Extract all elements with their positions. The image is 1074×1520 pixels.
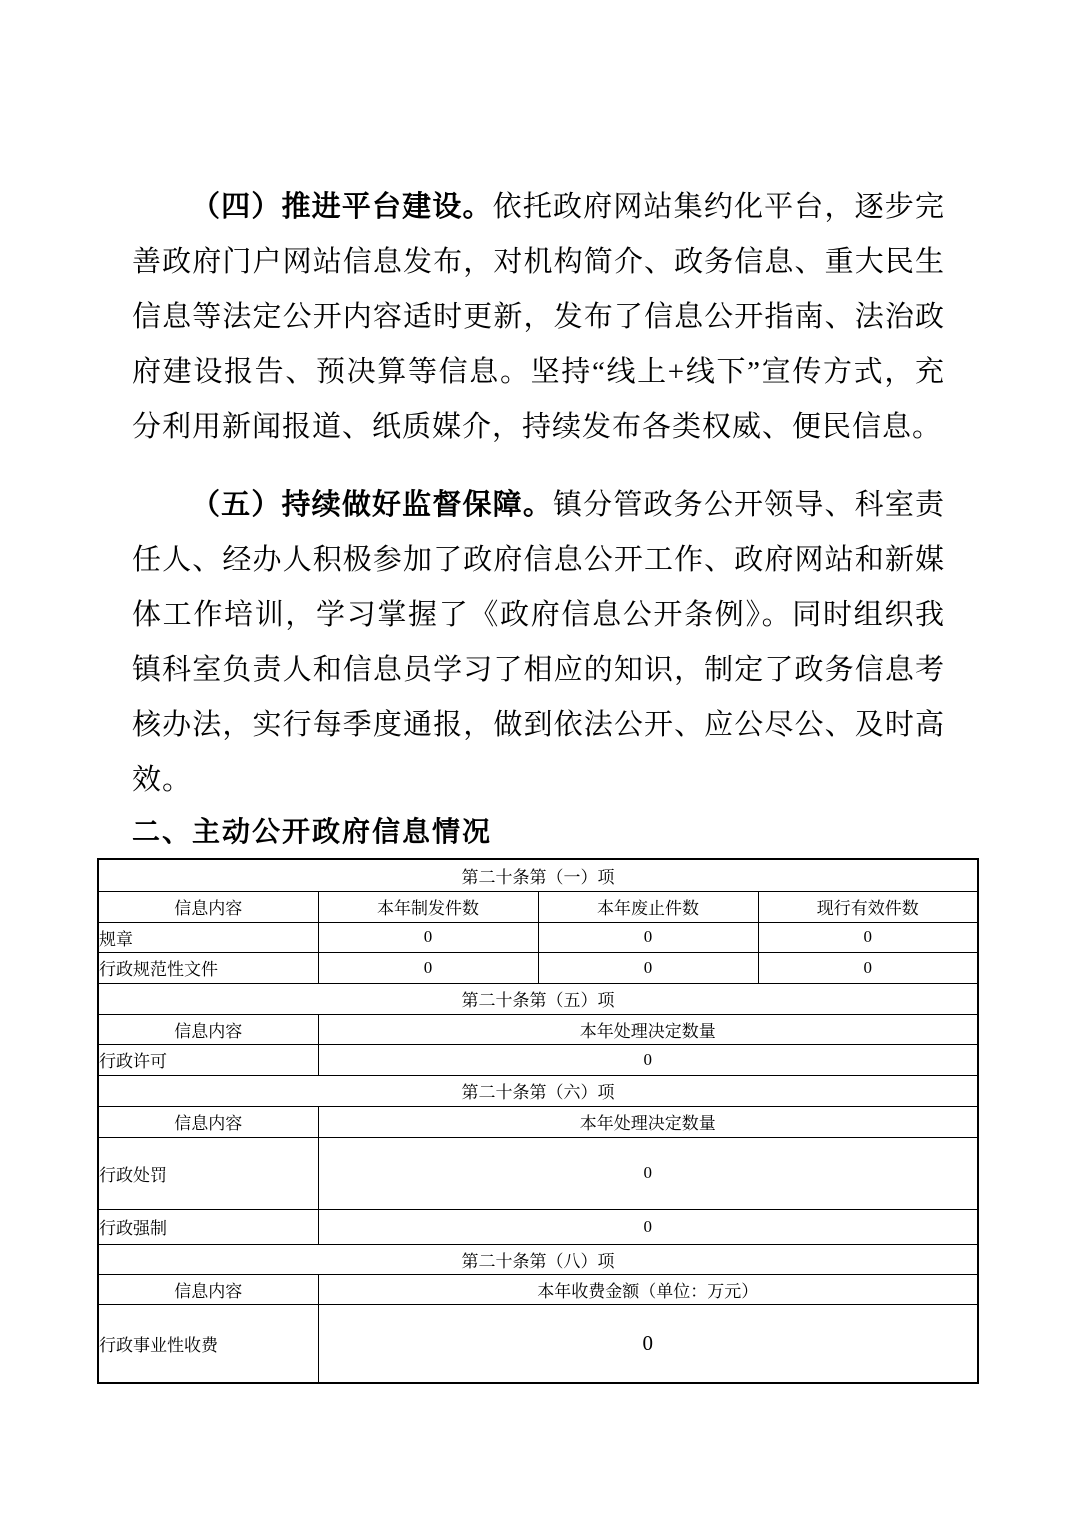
paragraph-section-4-body: 依托政府网站集约化平台，逐步完善政府门户网站信息发布，对机构简介、政务信息、重大…: [132, 191, 945, 443]
table-section-title: 第二十条第（五）项: [98, 983, 978, 1014]
paragraph-section-5-lead: （五）持续做好监督保障。: [191, 489, 553, 521]
table-row: 第二十条第（一）项: [98, 859, 978, 891]
row-label: 行政事业性收费: [98, 1304, 318, 1383]
table-row: 信息内容 本年处理决定数量: [98, 1106, 978, 1137]
column-header: 现行有效件数: [758, 891, 978, 922]
annual-report-table: 第二十条第（一）项 信息内容 本年制发件数 本年废止件数 现行有效件数 规章 0…: [97, 858, 979, 1384]
cell-value: 0: [318, 1137, 978, 1209]
row-label: 行政规范性文件: [98, 952, 318, 983]
paragraph-section-5-body: 镇分管政务公开领导、科室责任人、经办人积极参加了政府信息公开工作、政府网站和新媒…: [132, 489, 945, 796]
cell-value: 0: [318, 1044, 978, 1075]
table-row: 行政事业性收费 0: [98, 1304, 978, 1383]
table-row: 信息内容 本年收费金额（单位：万元）: [98, 1274, 978, 1304]
row-label: 行政强制: [98, 1209, 318, 1244]
table-section-title: 第二十条第（六）项: [98, 1075, 978, 1106]
column-header: 信息内容: [98, 1274, 318, 1304]
table-row: 行政许可 0: [98, 1044, 978, 1075]
column-header: 本年收费金额（单位：万元）: [318, 1274, 978, 1304]
table-row: 规章 0 0 0: [98, 922, 978, 952]
table-row: 信息内容 本年处理决定数量: [98, 1014, 978, 1044]
column-header: 本年制发件数: [318, 891, 538, 922]
cell-value: 0: [318, 922, 538, 952]
cell-value: 0: [318, 952, 538, 983]
paragraph-section-5: （五）持续做好监督保障。镇分管政务公开领导、科室责任人、经办人积极参加了政府信息…: [132, 478, 945, 808]
column-header: 信息内容: [98, 1106, 318, 1137]
row-label: 规章: [98, 922, 318, 952]
table-section-title: 第二十条第（一）项: [98, 859, 978, 891]
table-row: 第二十条第（六）项: [98, 1075, 978, 1106]
cell-value: 0: [758, 952, 978, 983]
cell-value: 0: [318, 1209, 978, 1244]
cell-value: 0: [538, 922, 758, 952]
table-row: 行政规范性文件 0 0 0: [98, 952, 978, 983]
paragraph-section-4: （四）推进平台建设。依托政府网站集约化平台，逐步完善政府门户网站信息发布，对机构…: [132, 180, 945, 455]
table-row: 行政强制 0: [98, 1209, 978, 1244]
table-section-title: 第二十条第（八）项: [98, 1244, 978, 1274]
table-row: 第二十条第（八）项: [98, 1244, 978, 1274]
section-heading: 二、主动公开政府信息情况: [132, 810, 945, 854]
table-row: 行政处罚 0: [98, 1137, 978, 1209]
column-header: 本年废止件数: [538, 891, 758, 922]
row-label: 行政处罚: [98, 1137, 318, 1209]
column-header: 信息内容: [98, 891, 318, 922]
column-header: 本年处理决定数量: [318, 1106, 978, 1137]
column-header: 信息内容: [98, 1014, 318, 1044]
cell-value: 0: [318, 1304, 978, 1383]
document-page: （四）推进平台建设。依托政府网站集约化平台，逐步完善政府门户网站信息发布，对机构…: [0, 0, 1074, 1520]
row-label: 行政许可: [98, 1044, 318, 1075]
table-row: 第二十条第（五）项: [98, 983, 978, 1014]
document-body: （四）推进平台建设。依托政府网站集约化平台，逐步完善政府门户网站信息发布，对机构…: [0, 180, 1074, 854]
column-header: 本年处理决定数量: [318, 1014, 978, 1044]
cell-value: 0: [538, 952, 758, 983]
table-row: 信息内容 本年制发件数 本年废止件数 现行有效件数: [98, 891, 978, 922]
paragraph-section-4-lead: （四）推进平台建设。: [191, 191, 493, 223]
cell-value: 0: [758, 922, 978, 952]
